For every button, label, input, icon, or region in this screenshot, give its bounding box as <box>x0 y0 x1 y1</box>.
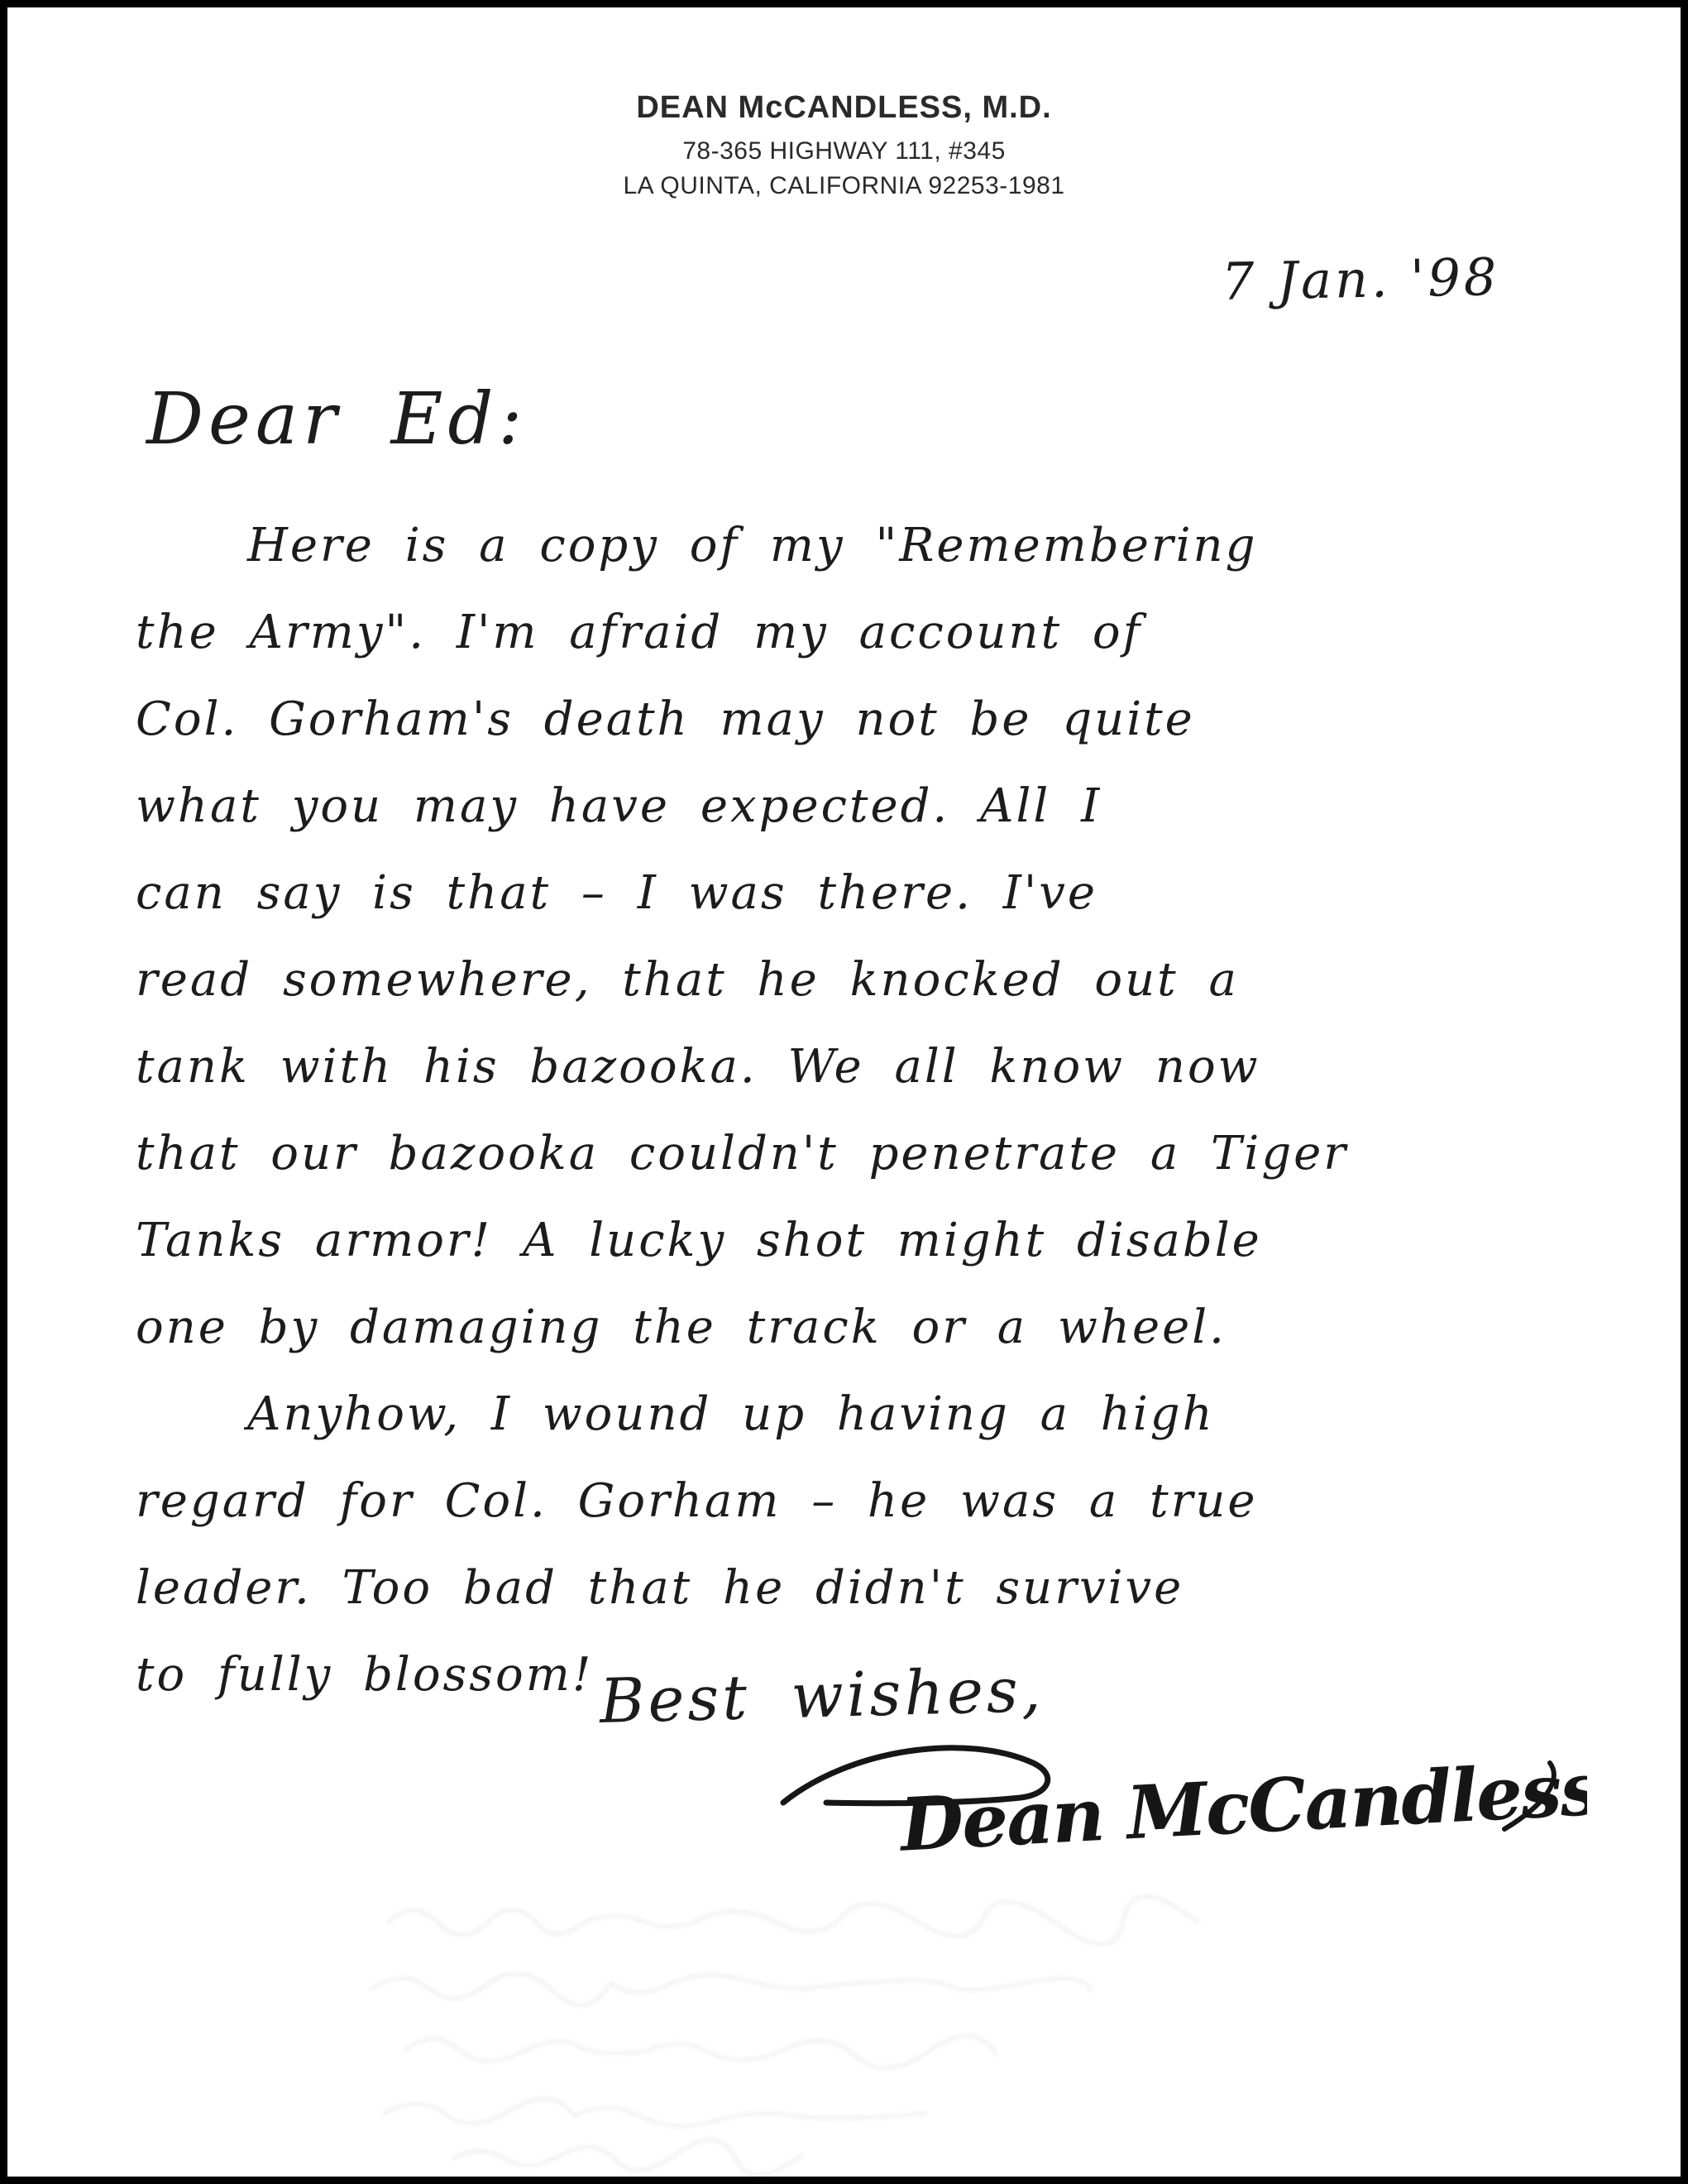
body-line: what you may have expected. All I <box>136 763 1591 850</box>
signature-flourish-icon: Dean McCandless MD <box>777 1705 1587 1879</box>
letterhead-address-line2: LA QUINTA, CALIFORNIA 92253-1981 <box>7 169 1681 204</box>
bleed-through-ghost-writing <box>355 1873 1620 2183</box>
letter-date: 7 Jan. '98 <box>1221 247 1499 312</box>
body-line: Tanks armor! A lucky shot might disable <box>136 1197 1591 1284</box>
signature: Dean McCandless MD <box>777 1705 1587 1879</box>
body-line: can say is that – I was there. I've <box>136 850 1591 936</box>
letterhead: DEAN McCANDLESS, M.D. 78-365 HIGHWAY 111… <box>7 90 1681 204</box>
letterhead-address-line1: 78-365 HIGHWAY 111, #345 <box>7 134 1681 169</box>
body-line: regard for Col. Gorham – he was a true <box>136 1458 1591 1545</box>
body-line: Anyhow, I wound up having a high <box>136 1371 1591 1458</box>
body-line: Here is a copy of my "Remembering <box>136 502 1591 589</box>
body-line: tank with his bazooka. We all know now <box>136 1023 1591 1110</box>
body-line: that our bazooka couldn't penetrate a Ti… <box>136 1110 1591 1197</box>
scanned-letter-page: DEAN McCANDLESS, M.D. 78-365 HIGHWAY 111… <box>0 0 1688 2184</box>
letterhead-name: DEAN McCANDLESS, M.D. <box>7 90 1681 126</box>
signature-name-text: Dean McCandless MD <box>896 1736 1587 1868</box>
body-line: the Army". I'm afraid my account of <box>136 589 1591 676</box>
letter-body: Here is a copy of my "Remembering the Ar… <box>136 502 1591 1718</box>
body-line: leader. Too bad that he didn't survive <box>136 1545 1591 1631</box>
body-line: one by damaging the track or a wheel. <box>136 1284 1591 1371</box>
body-line: read somewhere, that he knocked out a <box>136 936 1591 1023</box>
body-line: Col. Gorham's death may not be quite <box>136 676 1591 763</box>
salutation: Dear Ed: <box>146 378 527 461</box>
